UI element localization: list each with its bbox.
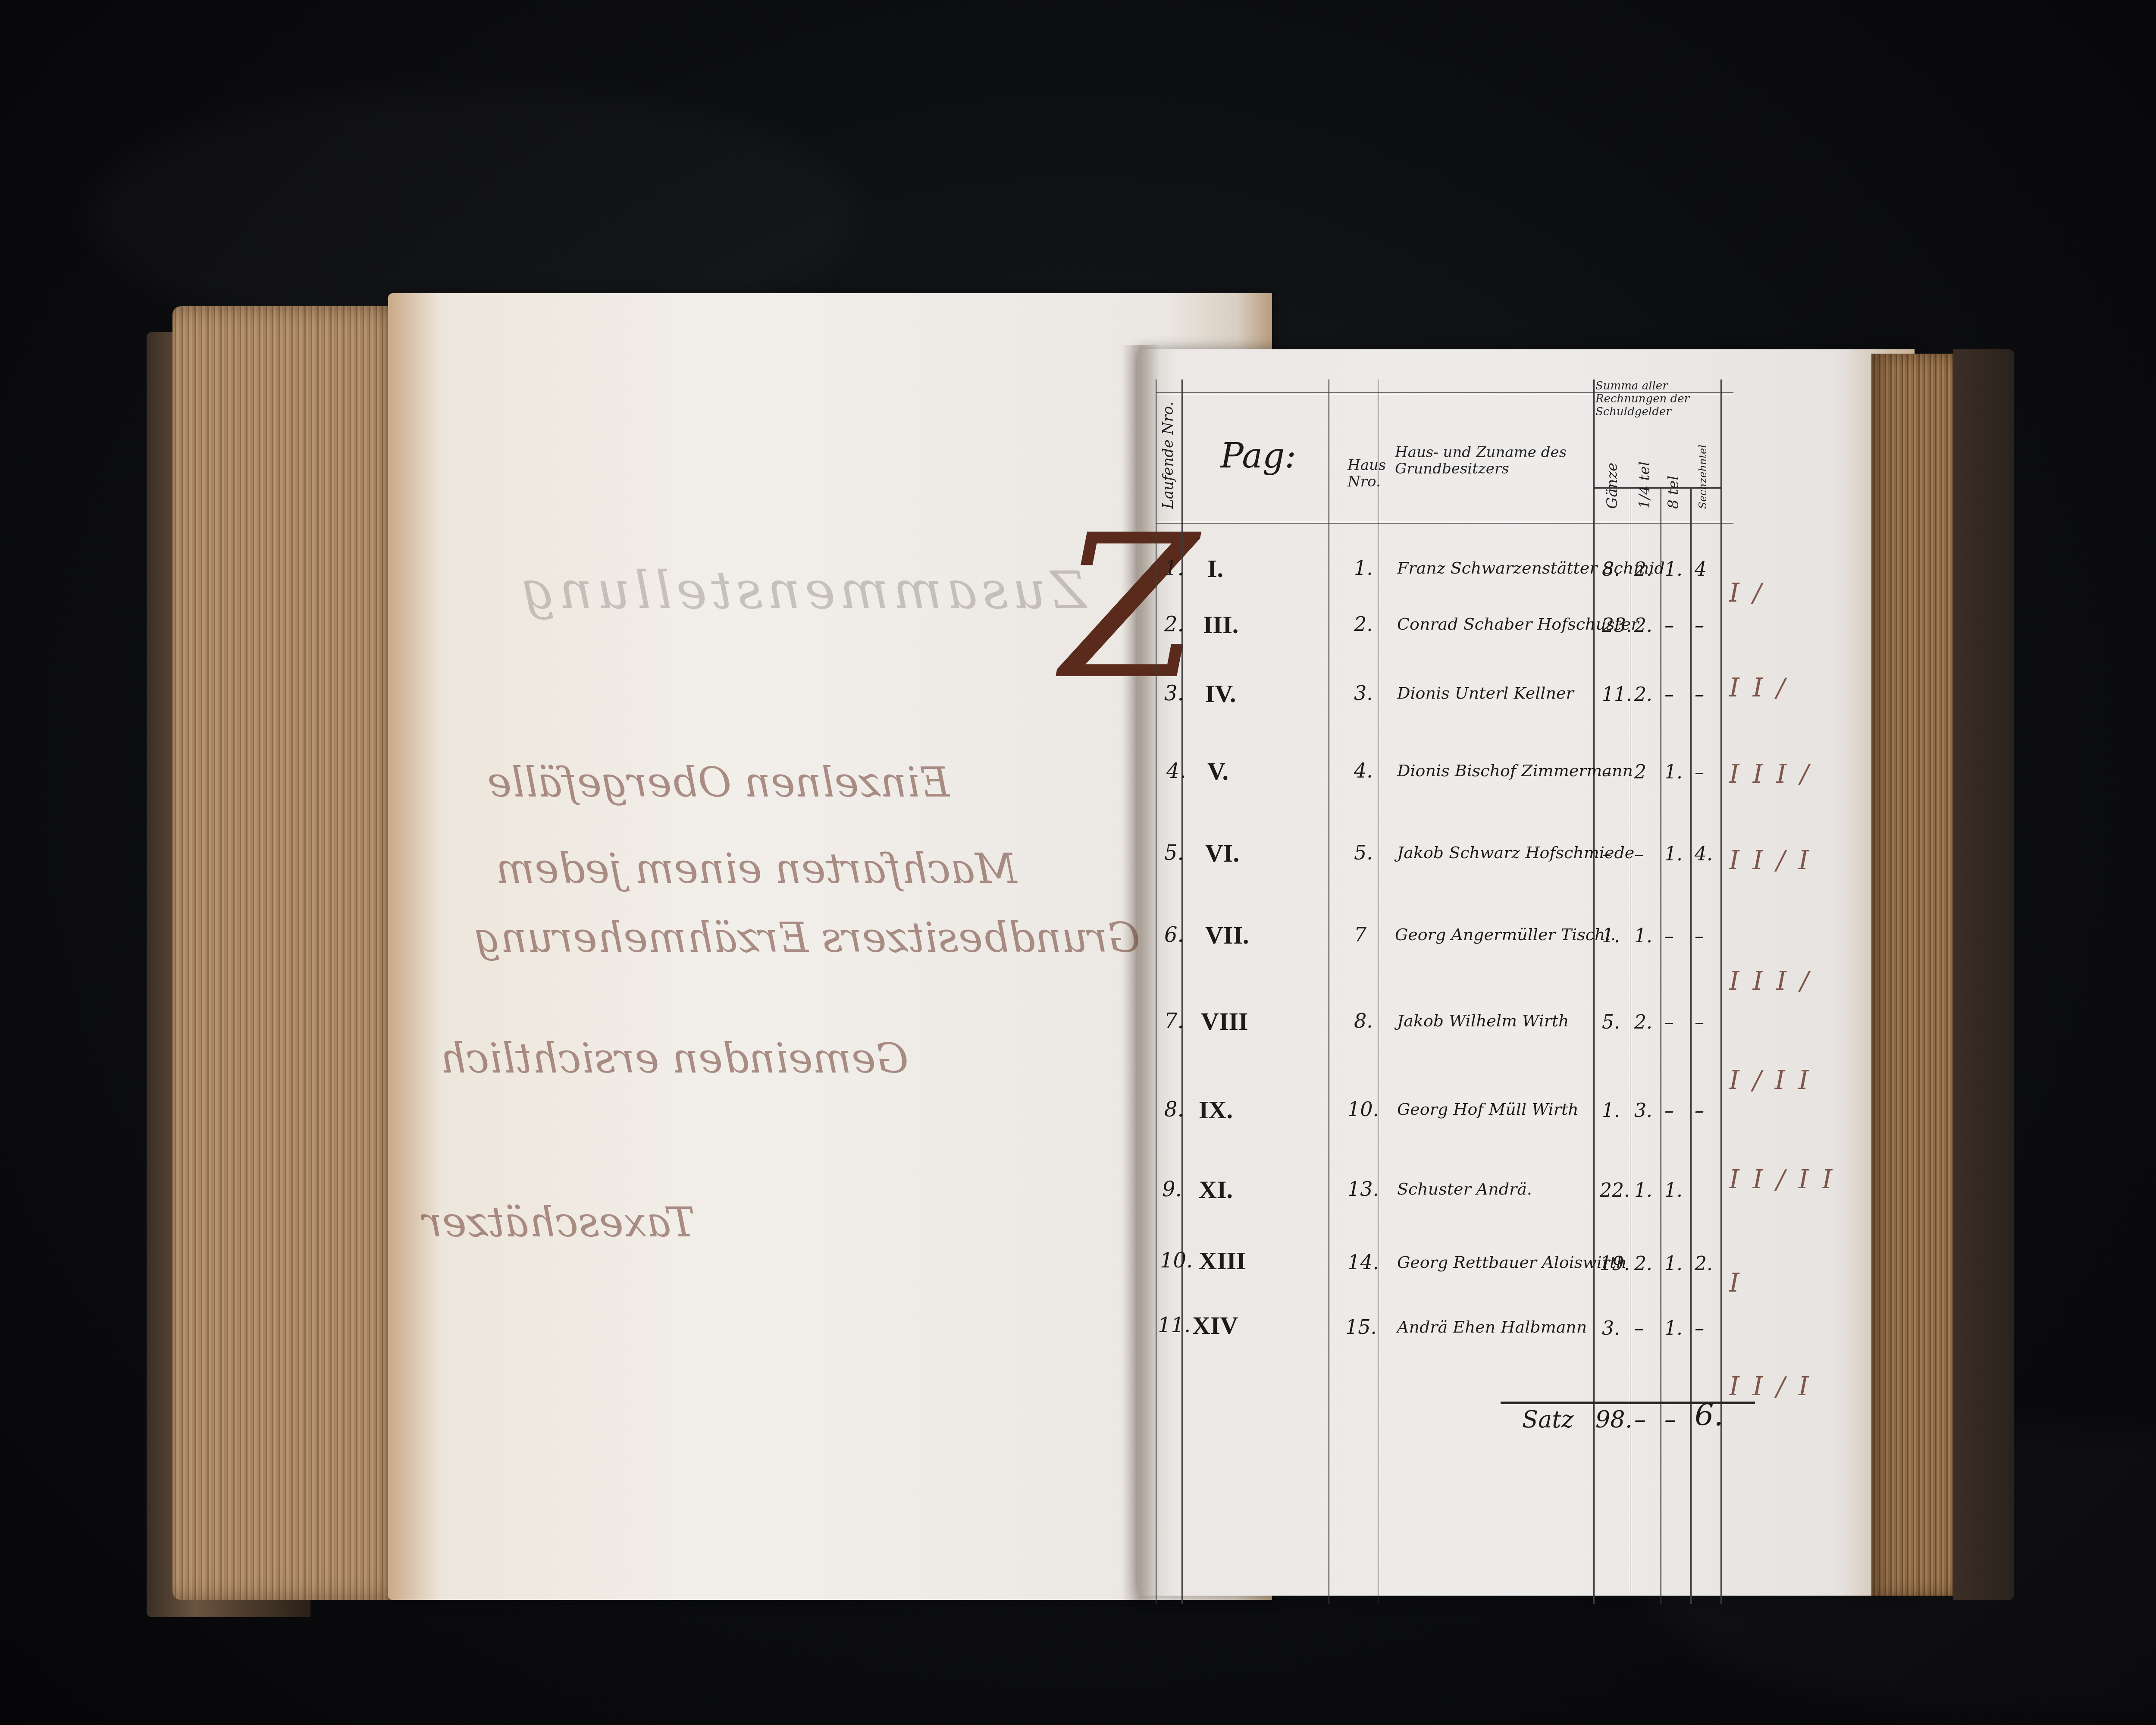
margin-tally: I I / — [1729, 673, 1788, 703]
row-amount: 4. — [1695, 843, 1713, 865]
row-owner: Georg Angermüller Tischl. — [1395, 925, 1616, 944]
row-lfd: 2. — [1164, 612, 1184, 637]
row-lfd: 4. — [1166, 759, 1186, 783]
row-amount: 1. — [1602, 1100, 1620, 1122]
row-amount: 1. — [1664, 843, 1683, 865]
row-amount: 1. — [1634, 1179, 1652, 1201]
total-amount: – — [1664, 1406, 1676, 1433]
header-lfd-nr: Laufende Nro. — [1160, 401, 1176, 509]
row-amount: 11. — [1602, 684, 1632, 706]
row-haus: 14. — [1347, 1251, 1379, 1274]
header-sub-2: 1/4 tel — [1636, 461, 1653, 509]
row-haus: 4. — [1354, 759, 1373, 782]
row-amount: – — [1602, 843, 1611, 865]
row-haus: 10. — [1347, 1098, 1379, 1121]
row-pag: XIV — [1192, 1311, 1238, 1340]
total-label: Satz — [1522, 1406, 1573, 1433]
row-pag: III. — [1203, 610, 1238, 639]
row-amount: 4 — [1695, 558, 1707, 580]
row-haus: 5. — [1354, 841, 1373, 864]
row-owner: Georg Rettbauer Aloiswirth — [1397, 1253, 1627, 1272]
row-amount: 1. — [1634, 925, 1652, 947]
row-amount: – — [1634, 843, 1644, 865]
row-owner: Jakob Schwarz Hofschmiede — [1397, 843, 1634, 862]
row-amount: 8. — [1602, 558, 1620, 580]
row-amount: – — [1695, 684, 1704, 706]
row-owner: Franz Schwarzenstätter Schmid — [1397, 558, 1665, 577]
total-amount: – — [1634, 1406, 1646, 1433]
bleed-through-line: Gemeinden ersichtlich — [440, 1035, 909, 1082]
bleed-through-line: Taxeschätzer — [423, 1199, 695, 1246]
row-lfd: 10. — [1160, 1248, 1193, 1273]
row-amount: 22. — [1600, 1179, 1630, 1201]
row-amount: – — [1695, 1317, 1704, 1339]
row-lfd: 1. — [1164, 556, 1184, 580]
row-amount: 1. — [1664, 558, 1683, 580]
row-lfd: 5. — [1164, 841, 1184, 865]
row-lfd: 7. — [1164, 1009, 1184, 1033]
row-amount: – — [1634, 1317, 1644, 1339]
row-haus: 15. — [1345, 1315, 1377, 1339]
right-cover — [1953, 349, 2014, 1600]
row-lfd: 3. — [1164, 681, 1184, 706]
row-amount: 2. — [1634, 684, 1652, 706]
row-amount: 23. — [1602, 615, 1632, 637]
row-amount: – — [1664, 925, 1674, 947]
row-pag: V. — [1207, 757, 1228, 786]
header-haus-nr: Haus Nro. — [1347, 457, 1386, 490]
row-haus: 13. — [1347, 1177, 1379, 1201]
row-amount: 2. — [1634, 1011, 1652, 1033]
header-group: Summa aller Rechnungen der Schuldgelder — [1595, 379, 1733, 418]
row-amount: 2. — [1695, 1253, 1713, 1275]
total-amount: 6. — [1695, 1397, 1724, 1433]
total-amount: 98. — [1595, 1406, 1633, 1433]
row-amount: 2. — [1634, 615, 1652, 637]
margin-tally: I / I I — [1729, 1065, 1811, 1095]
decorative-initial: Z — [1061, 505, 1156, 712]
row-amount: 5. — [1602, 1011, 1620, 1033]
row-haus: 8. — [1354, 1009, 1373, 1032]
row-haus: 7 — [1354, 923, 1366, 946]
row-amount: 1. — [1664, 1317, 1683, 1339]
row-pag: I. — [1207, 554, 1223, 583]
header-sub-3: 8 tel — [1665, 476, 1682, 509]
row-amount: – — [1664, 1100, 1674, 1122]
margin-tally: I / — [1729, 578, 1764, 608]
margin-tally: I I I / — [1729, 759, 1811, 789]
row-amount: – — [1664, 684, 1674, 706]
row-pag: XI. — [1199, 1175, 1233, 1204]
row-owner: Jakob Wilhelm Wirth — [1397, 1011, 1569, 1030]
row-lfd: 9. — [1162, 1177, 1182, 1201]
row-owner: Dionis Bischof Zimmermann — [1397, 761, 1633, 780]
row-lfd: 11. — [1158, 1313, 1191, 1337]
row-amount: 2 — [1634, 761, 1646, 783]
margin-tally: I — [1729, 1268, 1742, 1298]
bleed-through-line: Einzelnen Obergefälle — [487, 759, 950, 806]
row-pag: IX. — [1199, 1095, 1233, 1124]
bleed-through-line: Grundbesitzers Erzähmeherung — [474, 914, 1140, 962]
row-amount: 19. — [1600, 1253, 1630, 1275]
margin-tally: I I / I — [1729, 1371, 1811, 1402]
row-amount: – — [1695, 615, 1704, 637]
margin-tally: I I / I — [1729, 845, 1811, 875]
row-amount: – — [1695, 1011, 1704, 1033]
row-owner: Georg Hof Müll Wirth — [1397, 1100, 1579, 1119]
row-amount: 1. — [1664, 761, 1683, 783]
row-amount: 3. — [1634, 1100, 1652, 1122]
header-sub-4: Sechzehntel — [1695, 445, 1711, 509]
row-pag: VII. — [1205, 921, 1249, 950]
row-amount: – — [1664, 1011, 1674, 1033]
row-amount: – — [1695, 925, 1704, 947]
row-amount: – — [1664, 615, 1674, 637]
row-amount: 1. — [1664, 1253, 1683, 1275]
bleed-through-title: Zusammenstellung — [517, 561, 1086, 621]
row-amount: – — [1695, 761, 1704, 783]
row-lfd: 8. — [1164, 1098, 1184, 1122]
row-owner: Dionis Unterl Kellner — [1397, 684, 1574, 703]
header-pag: Pag: — [1220, 436, 1296, 476]
row-pag: XIII — [1199, 1246, 1246, 1275]
row-amount: 3. — [1602, 1317, 1620, 1339]
row-pag: IV. — [1205, 679, 1236, 708]
header-owner-name: Haus- und Zuname des Grundbesitzers — [1395, 444, 1593, 477]
row-amount: 1. — [1602, 925, 1620, 947]
row-amount: – — [1695, 1100, 1704, 1122]
row-owner: Andrä Ehen Halbmann — [1397, 1317, 1587, 1336]
margin-tally: I I I / — [1729, 966, 1811, 996]
row-owner: Schuster Andrä. — [1397, 1179, 1532, 1198]
row-lfd: 6. — [1164, 923, 1184, 947]
row-amount: 1. — [1664, 1179, 1683, 1201]
row-pag: VI. — [1205, 839, 1239, 868]
row-haus: 1. — [1354, 556, 1373, 580]
bleed-through-line: Machfarten einem jedem — [496, 845, 1017, 893]
row-amount: 2. — [1634, 1253, 1652, 1275]
row-pag: VIII — [1201, 1007, 1248, 1036]
row-haus: 2. — [1354, 612, 1373, 636]
row-amount: 2. — [1634, 558, 1652, 580]
header-sub-1: Gänze — [1604, 463, 1620, 509]
row-amount: – — [1602, 761, 1611, 783]
margin-tally: I I / I I — [1729, 1164, 1835, 1195]
row-haus: 3. — [1354, 681, 1373, 705]
